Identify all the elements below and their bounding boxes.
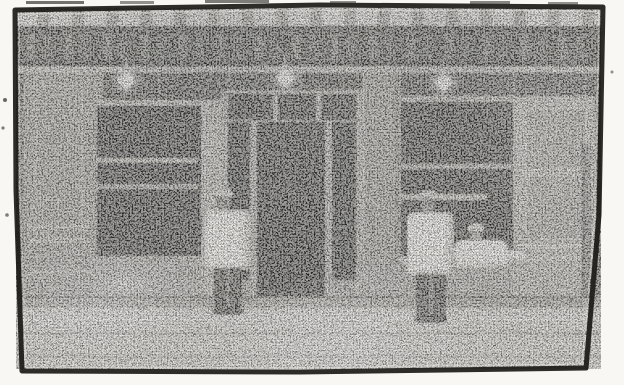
door-transom [228,94,356,120]
torso [454,240,508,268]
window-mullion [97,184,198,189]
door-sidelight-right [332,122,356,280]
shoes [414,316,447,323]
sidewalk [16,308,601,369]
door-glass [261,124,321,204]
panel-rail [519,244,589,249]
standing-man-left [201,186,253,316]
panel-rail [519,256,589,261]
sidewalk-seam [16,332,601,335]
pilaster-rail [29,239,89,243]
sign-band [16,26,601,66]
photo-interior [16,8,601,369]
trousers [416,274,446,318]
left-display-window [94,100,207,262]
face [421,198,435,212]
cornice-trim [16,8,601,26]
pilaster-panel [35,85,83,239]
pilaster-rail [29,269,91,273]
window-mullion [97,158,198,163]
sidewalk-seam [16,355,601,358]
shoes [212,308,244,315]
white-coat [407,212,454,276]
left-pilaster-door [16,73,103,305]
face [216,196,230,210]
white-coat [205,210,251,270]
standing-man-right [403,188,455,324]
newspaper-photo [0,0,624,385]
storefront-scene [16,8,601,369]
pilaster-rail [29,225,89,229]
trousers [214,268,242,310]
panel-pane [525,108,587,170]
mid-pilaster-right [363,73,401,305]
sign-lower-trim [16,66,601,73]
sign-lettering [22,34,594,60]
sidewalk-seam [16,318,601,320]
door-leaf [257,122,325,305]
window-mullion [401,164,513,169]
panel-pane [525,174,587,240]
seated-figure [450,221,528,271]
